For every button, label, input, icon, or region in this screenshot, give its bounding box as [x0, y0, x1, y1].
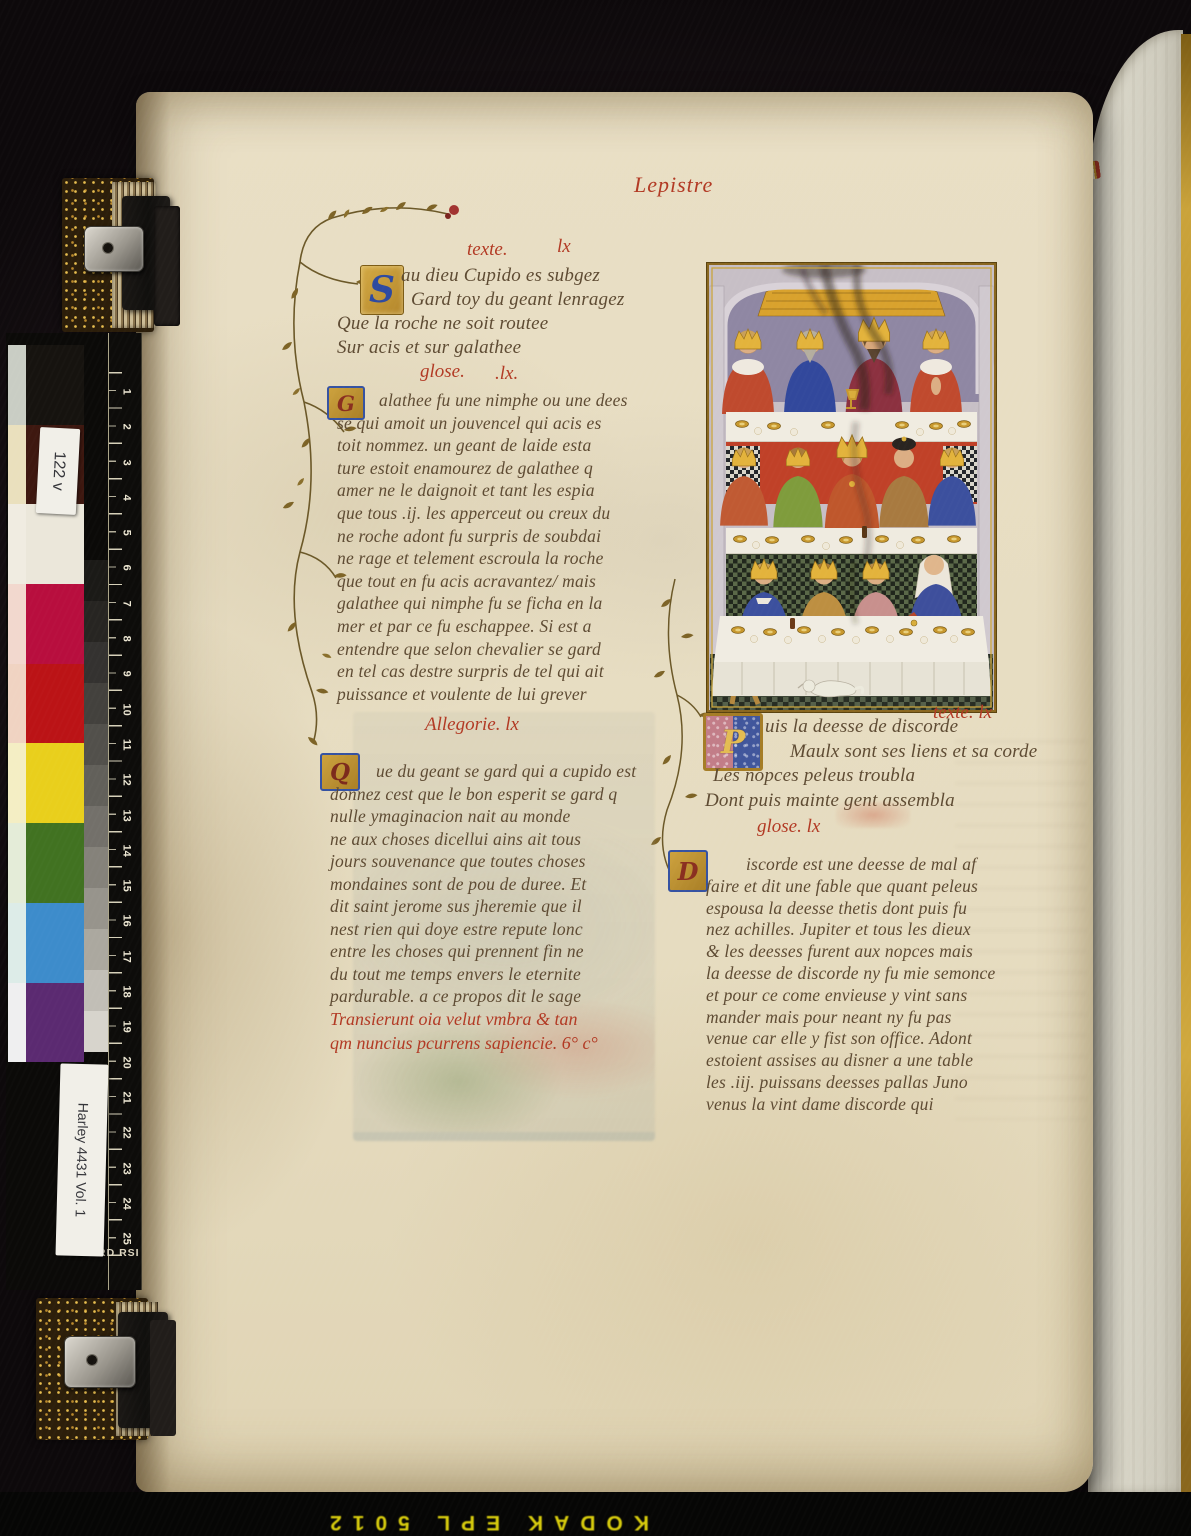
ruler-number: 12: [109, 768, 144, 792]
glose-line: toit nommez. un geant de laide esta: [337, 434, 677, 457]
magenta-swatch: [8, 584, 26, 664]
glose-number-left: .lx.: [495, 363, 518, 385]
facing-page-surface: [1088, 30, 1183, 1494]
glose-line: amer ne le daignoit et tant les espia: [337, 479, 677, 502]
folio-number-sticker: 122 v: [36, 427, 80, 515]
ruler-number: 9: [109, 662, 144, 686]
glose-line: que tout en fu acis acravantez/ mais: [337, 570, 677, 593]
ruler-number: 3: [109, 450, 144, 474]
allegorie-line: entre les choses qui prennent fin ne: [330, 940, 670, 963]
photographic-ruler: 1234567891011121314151617181920212223242…: [108, 333, 142, 1290]
text-line-swatch: [84, 683, 108, 724]
miniature-feast-of-peleus: [706, 262, 997, 713]
manuscript-page: Lepistre: [136, 92, 1093, 1492]
initial-letter: D: [678, 857, 699, 886]
white-swatch: [26, 504, 84, 584]
ruler-number: 16: [109, 909, 144, 933]
allegorie-line: dit saint jerome sus jheremie que il: [330, 895, 670, 918]
green-swatch: [8, 823, 26, 903]
text-line-swatch: [84, 724, 108, 765]
dark-brown-swatch: [8, 425, 26, 505]
strap-tail-top: [154, 206, 180, 326]
shelfmark-sticker: Harley 4431 Vol. 1: [55, 1063, 108, 1256]
yellow-swatch: [26, 743, 84, 823]
running-title: Lepistre: [634, 172, 713, 198]
glose-rubric-left: glose.: [420, 361, 465, 383]
film-edge-marking: KODAK EPL 5012: [288, 1500, 680, 1534]
red-ink-offset-stain: [836, 802, 910, 828]
text-line-swatch: [84, 888, 108, 929]
ruler-number: 23: [109, 1156, 144, 1180]
glose-line: que tous .ij. les apperceut ou creux du: [337, 502, 677, 525]
shelfmark-label: Harley 4431 Vol. 1: [73, 1103, 92, 1218]
blue-swatch: [26, 903, 84, 983]
green-swatch: [26, 823, 84, 903]
text-line-swatch: [84, 642, 108, 683]
glose-line: ne roche adont fu surpris de soubdai: [337, 525, 677, 548]
ruler-number: 24: [109, 1191, 144, 1215]
allegorie-line: du tout me temps envers le eternite: [330, 963, 670, 986]
red-swatch: [26, 664, 84, 744]
texte-number-left: lx: [557, 236, 571, 258]
glose-rubric-right: glose. lx: [757, 816, 820, 838]
ruler-number: 18: [109, 980, 144, 1004]
allegorie-line: pardurable. a ce propos dit le sage: [330, 985, 670, 1008]
ruler-number: 13: [109, 803, 144, 827]
ruler-number: 8: [109, 627, 144, 651]
ruler-number: 1: [109, 380, 144, 404]
text-line-swatch: [84, 847, 108, 888]
ruler-number: 17: [109, 944, 144, 968]
latin-quotation: Transierunt oia velut vmbra & tanqm nunc…: [330, 1008, 598, 1055]
ruler-number: 4: [109, 486, 144, 510]
ruler-number: 10: [109, 697, 144, 721]
gilded-fore-edge: [1181, 34, 1191, 1494]
tint-patch-column: [8, 345, 26, 1062]
ruler-number: 5: [109, 521, 144, 545]
text-line-swatch: [84, 929, 108, 970]
text-line-swatch: [84, 806, 108, 847]
latin-line: Transierunt oia velut vmbra & tan: [330, 1008, 598, 1032]
allegorie-line: donnez cest que le bon esperit se gard q: [330, 783, 670, 806]
allegorie-rubric: Allegorie. lx: [425, 714, 519, 736]
folio-number-label: 122 v: [48, 451, 68, 491]
text-line-swatch: [84, 560, 108, 601]
ruler-number: 20: [109, 1050, 144, 1074]
color-calibration-bar: 1234567891011121314151617181920212223242…: [6, 333, 140, 1290]
red-swatch: [8, 664, 26, 744]
vine-berry: [449, 205, 459, 215]
glose-line: se qui amoit un jouvencel qui acis es: [337, 412, 677, 435]
magenta-swatch: [26, 584, 84, 664]
ruler-number: 6: [109, 556, 144, 580]
allegorie-line: mondaines sont de pou de duree. Et: [330, 873, 670, 896]
ruler-number: 22: [109, 1121, 144, 1145]
photograph-of-manuscript: Lepistre: [0, 0, 1191, 1536]
verse-line: Que la roche ne soit routee: [337, 312, 624, 336]
text-line-swatch: [84, 970, 108, 1011]
glose-line: ne rage et telement escroula la roche: [337, 547, 677, 570]
ruler-number: 11: [109, 733, 144, 757]
ruler-number: 21: [109, 1086, 144, 1110]
verse-line: Sur acis et sur galathee: [337, 336, 624, 360]
text-line-swatch: [84, 1011, 108, 1052]
ruler-number: 7: [109, 591, 144, 615]
ruler-number: 15: [109, 874, 144, 898]
verse-text-left: au dieu Cupido es subgezGard toy du gean…: [337, 264, 624, 360]
latin-line: qm nuncius pcurrens sapiencie. 6° c°: [330, 1032, 598, 1056]
glose-line: ture estoit enamourez de galathee q: [337, 457, 677, 480]
blue-swatch: [8, 903, 26, 983]
black-swatch: [26, 345, 84, 425]
purple-swatch: [8, 983, 26, 1063]
glose-line: mer et par ce fu eschappee. Si est a: [337, 615, 677, 638]
yellow-swatch: [8, 743, 26, 823]
metal-buckle-bottom: [64, 1336, 136, 1388]
illuminated-initial-d: D: [668, 850, 708, 892]
allegorie-line: ne aux choses dicellui ains ait tous: [330, 828, 670, 851]
glose-text-left: alathee fu une nimphe ou une deesse qui …: [337, 389, 677, 705]
verse-line: au dieu Cupido es subgez: [337, 264, 624, 288]
glose-line: alathee fu une nimphe ou une dees: [337, 389, 677, 412]
glose-line: en tel cas destre surpris de tel qui ait: [337, 660, 677, 683]
grayscale-step-wedge: [84, 560, 108, 1052]
black-swatch: [8, 345, 26, 425]
text-show-through: [955, 740, 1087, 1120]
glose-line: entendre que selon chevalier se gard: [337, 638, 677, 661]
ruler-number: 2: [109, 415, 144, 439]
ruler-footer-label: RD RSI: [98, 1247, 140, 1259]
allegorie-line: nest rien qui doye estre repute lonc: [330, 918, 670, 941]
purple-swatch: [26, 983, 84, 1063]
allegorie-text-left: ue du geant se gard qui a cupido estdonn…: [330, 760, 670, 1008]
text-line-swatch: [84, 765, 108, 806]
allegorie-line: jours souvenance que toutes choses: [330, 850, 670, 873]
strap-tail-bottom: [150, 1320, 176, 1436]
allegorie-line: nulle ymaginacion nait au monde: [330, 805, 670, 828]
ruler-scale: 1234567891011121314151617181920212223242…: [115, 374, 139, 1256]
text-line-swatch: [84, 601, 108, 642]
white-swatch: [8, 504, 26, 584]
glose-line: galathee qui nimphe fu se ficha en la: [337, 592, 677, 615]
ruler-number: 19: [109, 1015, 144, 1039]
verse-line: uis la deesse de discorde: [705, 715, 1037, 740]
verse-line: Gard toy du geant lenragez: [337, 288, 624, 312]
texte-rubric-left: texte.: [467, 239, 508, 261]
allegorie-line: ue du geant se gard qui a cupido est: [330, 760, 670, 783]
ruler-number: 14: [109, 839, 144, 863]
metal-buckle-top: [84, 226, 144, 272]
glose-line: puissance et voulente de lui grever: [337, 683, 677, 706]
